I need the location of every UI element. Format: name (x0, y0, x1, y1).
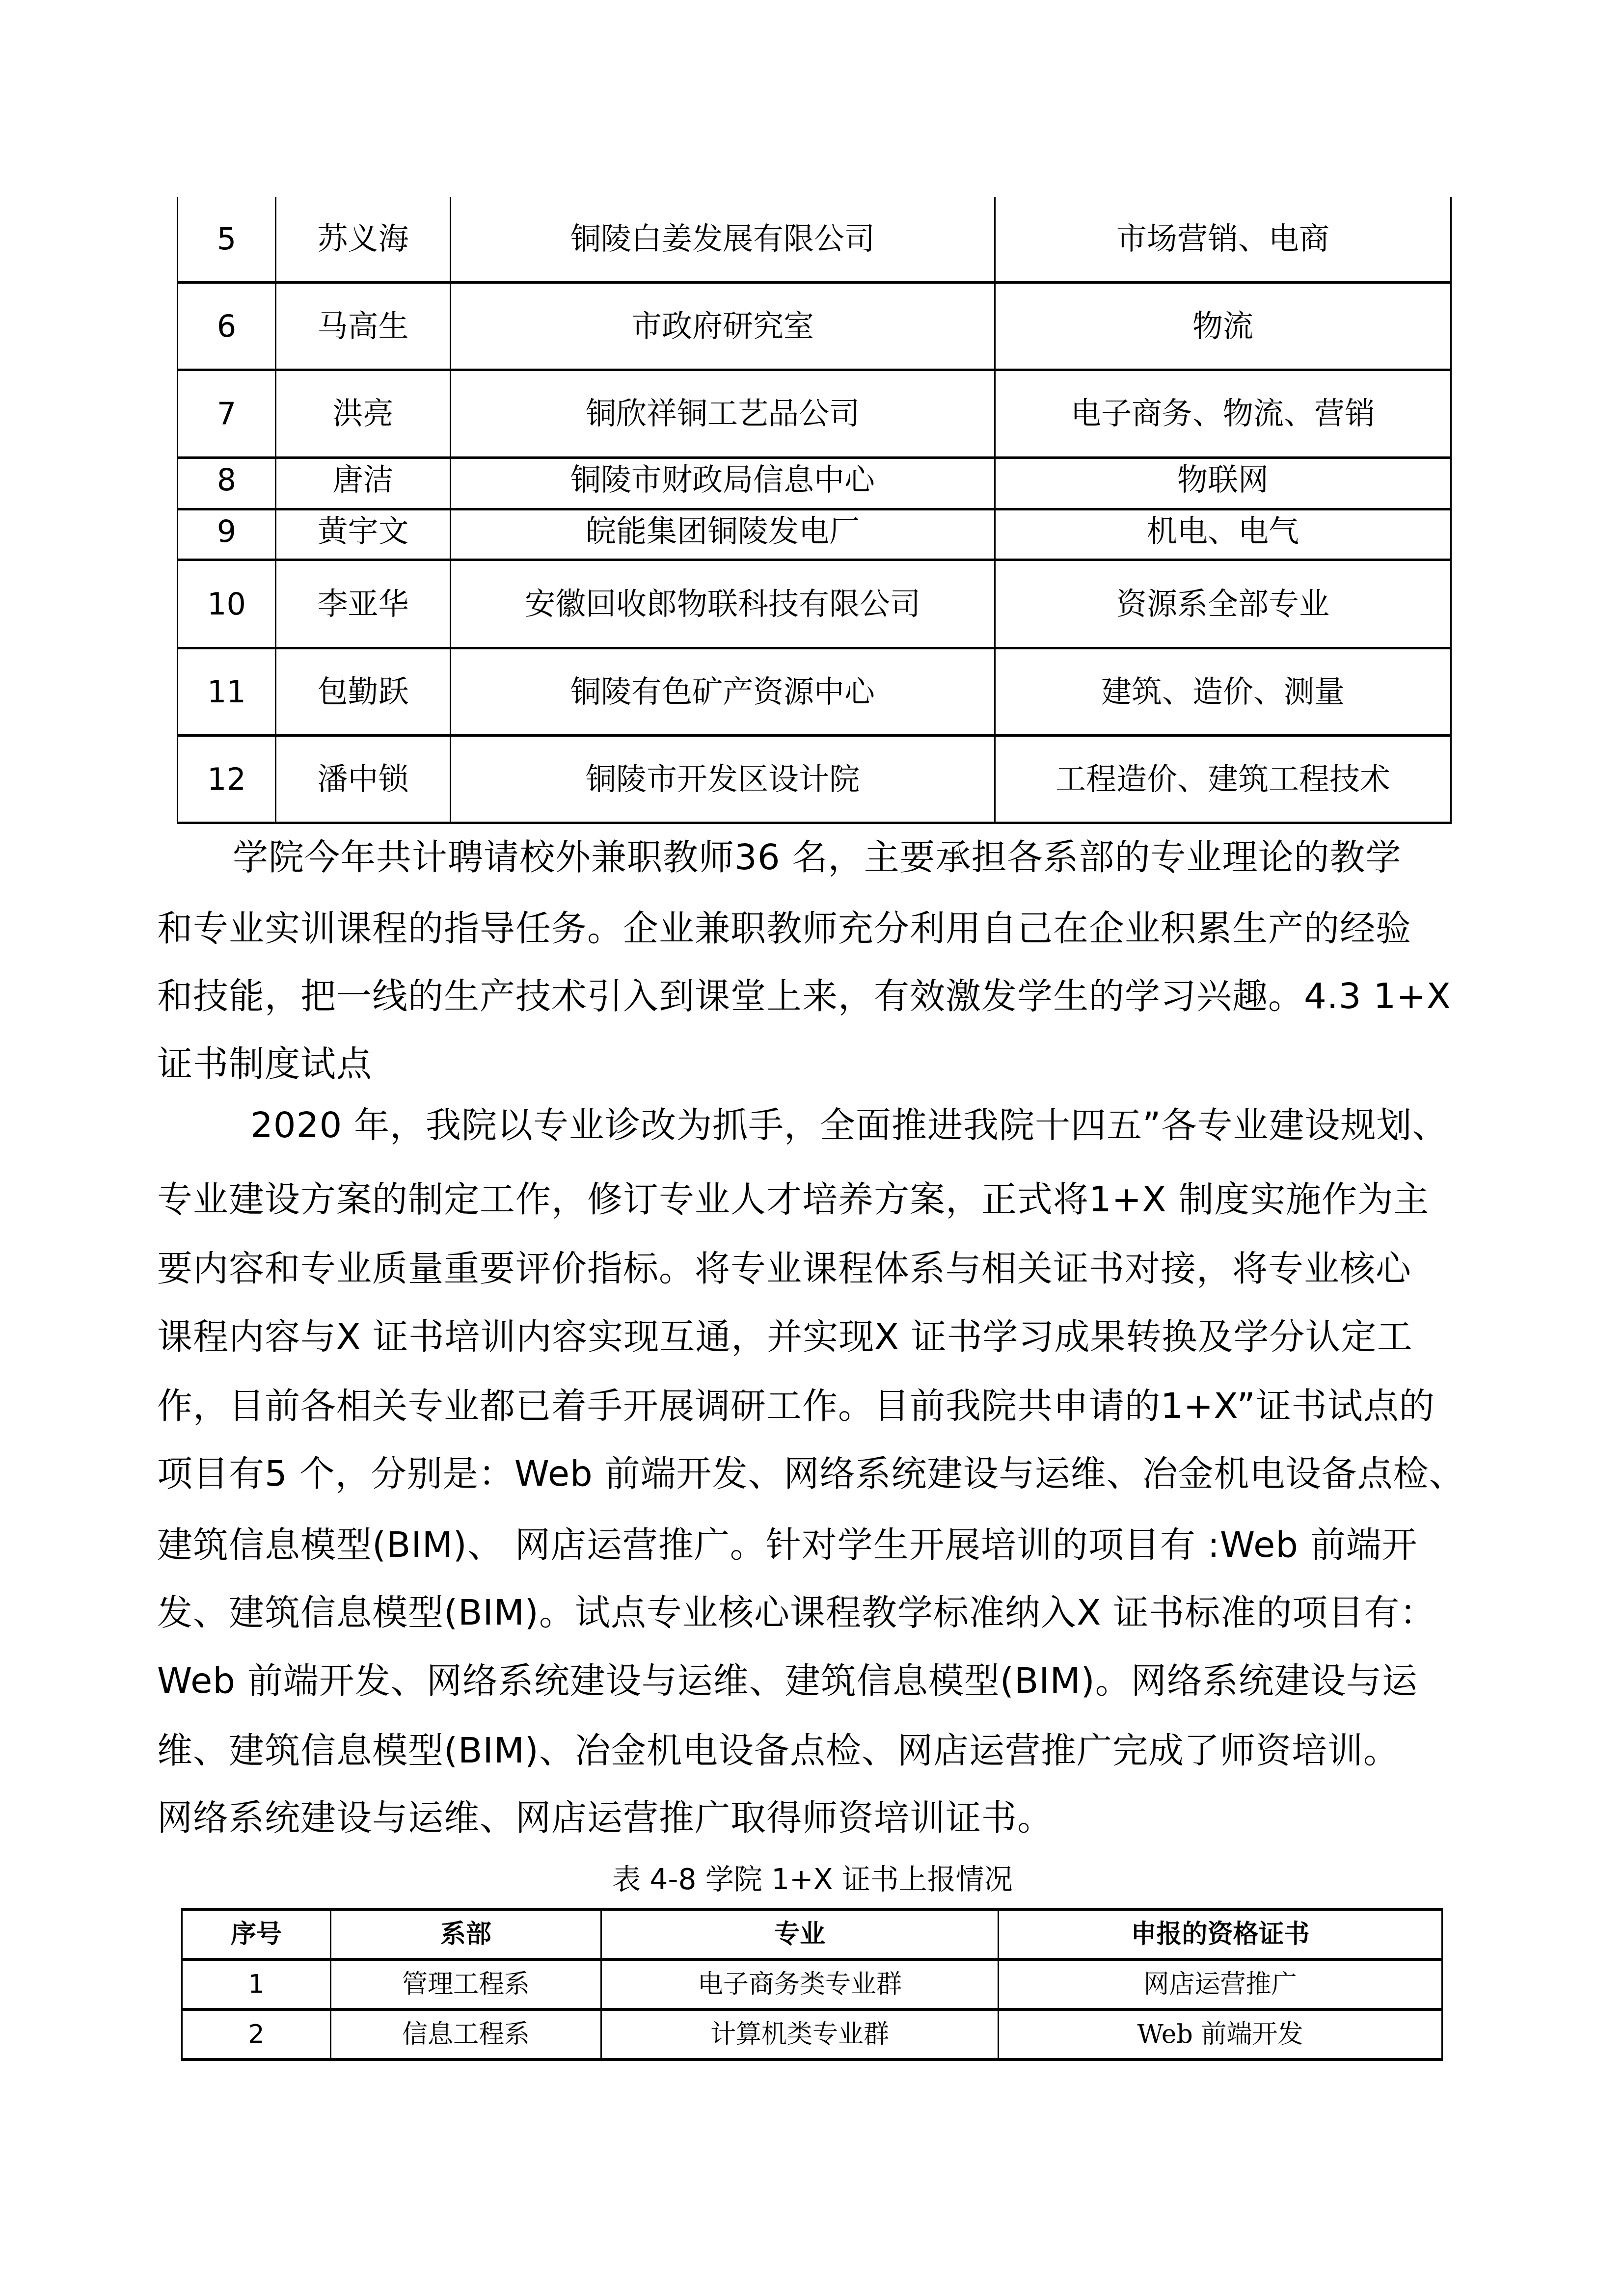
paragraph-line: 作，目前各相关专业都已着手开展调研工作。目前我院共申请的1+X”证书试点的 (157, 1388, 1473, 1423)
specialty: 机电、电气 (994, 510, 1452, 559)
table-row: 7 洪亮 铜欣祥铜工艺品公司 电子商务、物流、营销 (177, 371, 1452, 459)
organization: 铜欣祥铜工艺品公司 (450, 371, 994, 456)
teacher-name: 马高生 (275, 284, 450, 369)
header-dept: 系部 (330, 1911, 600, 1958)
table-caption: 表 4-8 学院 1+X 证书上报情况 (540, 1865, 1085, 1894)
certificate-table: 序号 系部 专业 申报的资格证书 1 管理工程系 电子商务类专业群 网店运营推广… (181, 1908, 1443, 2061)
paragraph-line: 课程内容与X 证书培训内容实现互通，并实现X 证书学习成果转换及学分认定工 (157, 1319, 1473, 1354)
table-header-row: 序号 系部 专业 申报的资格证书 (181, 1911, 1443, 1961)
paragraph-line: 学院今年共计聘请校外兼职教师36 名，主要承担各系部的专业理论的教学 (233, 839, 1548, 875)
paragraph-line: 网络系统建设与运维、网店运营推广取得师资培训证书。 (157, 1800, 1473, 1835)
table-row: 6 马高生 市政府研究室 物流 (177, 284, 1452, 371)
table-row: 10 李亚华 安徽回收郎物联科技有限公司 资源系全部专业 (177, 561, 1452, 649)
major-group: 电子商务类专业群 (600, 1961, 998, 2008)
header-no: 序号 (181, 1911, 330, 1958)
paragraph-line: 建筑信息模型(BIM)、 网店运营推广。针对学生开展培训的项目有 :Web 前端… (157, 1527, 1473, 1562)
row-number: 12 (177, 737, 275, 822)
paragraph-line: 专业建设方案的制定工作，修订专业人才培养方案，正式将1+X 制度实施作为主 (157, 1181, 1473, 1217)
organization: 安徽回收郎物联科技有限公司 (450, 561, 994, 647)
teacher-name: 洪亮 (275, 371, 450, 456)
row-number: 1 (181, 1961, 330, 2008)
major-group: 计算机类专业群 (600, 2011, 998, 2058)
row-number: 8 (177, 459, 275, 508)
row-number: 6 (177, 284, 275, 369)
table-row: 1 管理工程系 电子商务类专业群 网店运营推广 (181, 1961, 1443, 2011)
row-number: 10 (177, 561, 275, 647)
table-row: 9 黄宇文 皖能集团铜陵发电厂 机电、电气 (177, 510, 1452, 561)
teacher-name: 潘中锁 (275, 737, 450, 822)
organization: 铜陵市开发区设计院 (450, 737, 994, 822)
specialty: 电子商务、物流、营销 (994, 371, 1452, 456)
paragraph-line: 2020 年，我院以专业诊改为抓手，全面推进我院十四五”各专业建设规划、 (250, 1107, 1566, 1143)
row-number: 9 (177, 510, 275, 559)
teacher-name: 唐洁 (275, 459, 450, 508)
teacher-name: 苏义海 (275, 197, 450, 281)
specialty: 市场营销、电商 (994, 197, 1452, 281)
staff-table: 5 苏义海 铜陵白姜发展有限公司 市场营销、电商 6 马高生 市政府研究室 物流… (177, 197, 1452, 824)
department: 管理工程系 (330, 1961, 600, 2008)
row-number: 7 (177, 371, 275, 456)
row-number: 2 (181, 2011, 330, 2058)
teacher-name: 李亚华 (275, 561, 450, 647)
table-row: 5 苏义海 铜陵白姜发展有限公司 市场营销、电商 (177, 197, 1452, 284)
specialty: 资源系全部专业 (994, 561, 1452, 647)
section-heading-line: 证书制度试点 (157, 1046, 1473, 1081)
department: 信息工程系 (330, 2011, 600, 2058)
organization: 铜陵有色矿产资源中心 (450, 649, 994, 734)
table-row: 2 信息工程系 计算机类专业群 Web 前端开发 (181, 2011, 1443, 2061)
paragraph-line: 发、建筑信息模型(BIM)。试点专业核心课程教学标准纳入X 证书标准的项目有： (157, 1595, 1473, 1630)
paragraph-line: 要内容和专业质量重要评价指标。将专业课程体系与相关证书对接，将专业核心 (157, 1251, 1473, 1286)
specialty: 物流 (994, 284, 1452, 369)
organization: 铜陵市财政局信息中心 (450, 459, 994, 508)
organization: 市政府研究室 (450, 284, 994, 369)
specialty: 建筑、造价、测量 (994, 649, 1452, 734)
organization: 铜陵白姜发展有限公司 (450, 197, 994, 281)
table-row: 12 潘中锁 铜陵市开发区设计院 工程造价、建筑工程技术 (177, 737, 1452, 824)
row-number: 11 (177, 649, 275, 734)
paragraph-line: 维、建筑信息模型(BIM)、冶金机电设备点检、网店运营推广完成了师资培训。 (157, 1733, 1473, 1768)
certificate: 网店运营推广 (998, 1961, 1443, 2008)
certificate: Web 前端开发 (998, 2011, 1443, 2058)
paragraph-line: 项目有5 个，分别是：Web 前端开发、网络系统建设与运维、冶金机电设备点检、 (157, 1456, 1473, 1491)
table-row: 11 包勤跃 铜陵有色矿产资源中心 建筑、造价、测量 (177, 649, 1452, 737)
header-cert: 申报的资格证书 (998, 1911, 1443, 1958)
teacher-name: 黄宇文 (275, 510, 450, 559)
organization: 皖能集团铜陵发电厂 (450, 510, 994, 559)
header-major: 专业 (600, 1911, 998, 1958)
teacher-name: 包勤跃 (275, 649, 450, 734)
paragraph-line: Web 前端开发、网络系统建设与运维、建筑信息模型(BIM)。网络系统建设与运 (157, 1663, 1473, 1698)
row-number: 5 (177, 197, 275, 281)
table-row: 8 唐洁 铜陵市财政局信息中心 物联网 (177, 459, 1452, 510)
specialty: 工程造价、建筑工程技术 (994, 737, 1452, 822)
paragraph-line: 和专业实训课程的指导任务。企业兼职教师充分利用自己在企业积累生产的经验 (157, 910, 1473, 946)
paragraph-line: 和技能，把一线的生产技术引入到课堂上来，有效激发学生的学习兴趣。4.3 1+X (157, 978, 1473, 1014)
specialty: 物联网 (994, 459, 1452, 508)
